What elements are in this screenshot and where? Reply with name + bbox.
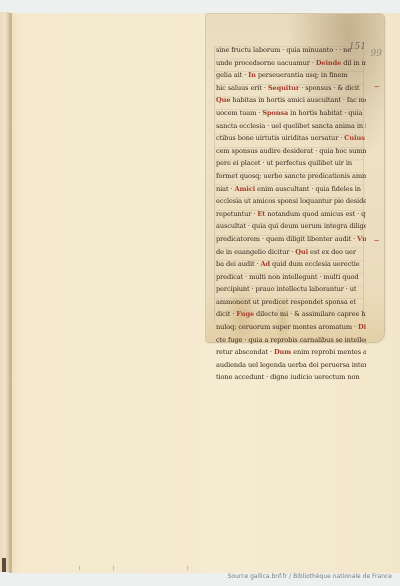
line-text: ammonent ut predicet respondet sponsa et <box>216 298 356 306</box>
manuscript-line: auscultat · quia qui deum uerum integra … <box>216 220 366 233</box>
line-text: formet quosq; uerbo sancte predicationis… <box>216 172 366 180</box>
rubric-initial: Amici <box>235 185 256 193</box>
manuscript-line: predicatorem · quem diligit libenter aud… <box>216 233 366 246</box>
line-text: pere ei placet · ut perfectus quilibet u… <box>216 159 352 167</box>
line-text: ecclesia ut amicos sponsi loquantur pie … <box>216 197 366 205</box>
manuscript-line: repetuntur · Et notandum quod amicus est… <box>216 208 366 221</box>
line-text: de in euangelio dicitur · <box>216 248 295 256</box>
line-text: niat · <box>216 185 235 193</box>
rubric-initial: Deinde <box>316 59 341 67</box>
manuscript-line: audienda uel legenda uerba dei peruersa … <box>216 359 366 372</box>
line-text: · sponsus · & dicit <box>299 84 359 92</box>
rubric-initial: In <box>248 71 256 79</box>
book-binding-edge <box>0 12 9 572</box>
manuscript-line: ba dei audit · Ad quid dum ecclesia uere… <box>216 258 366 271</box>
manuscript-line: niat · Amici enim auscultant · quia fide… <box>216 183 366 196</box>
manuscript-line: uocem tuam · Sponsa in hortis habitat · … <box>216 107 366 120</box>
line-text: cte fuge · quia a reprobis carnalibus se… <box>216 336 366 344</box>
margin-mark-icon: ~ <box>373 82 380 91</box>
line-text: predicatorem · quem diligit libenter aud… <box>216 235 357 243</box>
manuscript-line: ctibus bone uirtutis uiriditas uersatur … <box>216 132 366 145</box>
line-text: ctibus bone uirtutis uiriditas uersatur … <box>216 134 344 142</box>
rubric-initial: Cuius <box>344 134 365 142</box>
line-text: ba dei audit · <box>216 260 261 268</box>
line-text: in hortis habitat · quia <box>288 109 362 117</box>
manuscript-line: cte fuge · quia a reprobis carnalibus se… <box>216 334 366 347</box>
line-text: perseuerantia usq; in finem <box>256 71 348 79</box>
line-text: predicat · multi non intellegunt · multi… <box>216 273 359 281</box>
manuscript-line: dicit · Fuge dilecte mi · & assimilare c… <box>216 308 366 321</box>
line-text: habitas in hortis amici auscultant · fac… <box>230 96 366 104</box>
manuscript-line: unde procedsorne uacuamur · Deinde dil i… <box>216 57 366 70</box>
line-text: enim auscultant · quia fideles in <box>255 185 361 193</box>
page-bottom-marks <box>79 566 189 570</box>
manuscript-line: ammonent ut predicet respondet sponsa et <box>216 296 366 309</box>
line-text: notandum quod amicus est · qui <box>265 210 366 218</box>
source-caption: Source gallica.bnf.fr / Bibliothèque nat… <box>228 573 392 580</box>
line-text: est ex deo uer <box>308 248 356 256</box>
manuscript-line: hic saluus erit · Sequitur · sponsus · &… <box>216 82 366 95</box>
line-text: uocem tuam · <box>216 109 262 117</box>
manuscript-line: de in euangelio dicitur · Qui est ex deo… <box>216 246 366 259</box>
manuscript-line: pere ei placet · ut perfectus quilibet u… <box>216 157 366 170</box>
manuscript-line: tione accedunt · digne iudicio uerectum … <box>216 371 366 384</box>
line-text: gelia ait · <box>216 71 248 79</box>
folio-number-alt: 99 <box>371 49 382 59</box>
manuscript-line: sine fructu laborum · quia minuanto · · … <box>216 44 366 57</box>
margin-mark-icon: ~ <box>373 236 380 245</box>
rubric-initial: Fuge <box>236 310 254 318</box>
manuscript-leaf: 151 99 ~ ~ sine fructu laborum · quia mi… <box>206 14 384 342</box>
line-text: unde procedsorne uacuamur · <box>216 59 316 67</box>
line-text: retur abscondat · <box>216 348 274 356</box>
line-text: hic saluus erit · <box>216 84 268 92</box>
manuscript-line: cem sponsus audire desiderat · quia hoc … <box>216 145 366 158</box>
line-text: tione accedunt · digne iudicio uerectum … <box>216 373 360 381</box>
rubric-initial: Sequitur <box>268 84 299 92</box>
manuscript-text: sine fructu laborum · quia minuanto · · … <box>216 44 366 384</box>
line-text: audienda uel legenda uerba dei peruersa … <box>216 361 366 369</box>
rubric-initial: Sponsa <box>262 109 288 117</box>
rubric-initial: Que <box>216 96 230 104</box>
manuscript-line: formet quosq; uerbo sancte predicationis… <box>216 170 366 183</box>
rubric-initial: Dile <box>358 323 366 331</box>
line-text: quid dum ecclesia uerectie <box>270 260 359 268</box>
manuscript-line: nuloq; ceruorum super montes aromatum · … <box>216 321 366 334</box>
rubric-initial: Dum <box>274 348 291 356</box>
manuscript-line: sancta ecclesia · uel quelibet sancta an… <box>216 120 366 133</box>
manuscript-line: Que habitas in hortis amici auscultant ·… <box>216 94 366 107</box>
line-text: uo <box>365 134 366 142</box>
line-text: dilecte mi · & assimilare capree hi <box>254 310 366 318</box>
line-text: sine fructu laborum · quia minuanto · · … <box>216 46 351 54</box>
line-text: sancta ecclesia · uel quelibet sancta an… <box>216 122 366 130</box>
manuscript-line: predicat · multi non intellegunt · multi… <box>216 271 366 284</box>
line-text: dil in man <box>341 59 366 67</box>
line-text: cem sponsus audire desiderat · quia hoc … <box>216 147 366 155</box>
rubric-initial: Qui <box>295 248 308 256</box>
manuscript-line: retur abscondat · Dum enim reprobi mente… <box>216 346 366 359</box>
manuscript-line: percipiunt · prauo intellectu laborantur… <box>216 283 366 296</box>
manuscript-line: gelia ait · In perseuerantia usq; in fin… <box>216 69 366 82</box>
line-text: enim reprobi mentes ad <box>291 348 366 356</box>
rubric-initial: Vn <box>357 235 366 243</box>
rubric-initial: Ad <box>261 260 271 268</box>
line-text: dicit · <box>216 310 236 318</box>
line-text: percipiunt · prauo intellectu laborantur… <box>216 285 356 293</box>
line-text: nuloq; ceruorum super montes aromatum · <box>216 323 358 331</box>
line-text: auscultat · quia qui deum uerum integra … <box>216 222 366 230</box>
document-viewer: 151 99 ~ ~ sine fructu laborum · quia mi… <box>0 0 400 586</box>
line-text: repetuntur · <box>216 210 257 218</box>
manuscript-line: ecclesia ut amicos sponsi loquantur pie … <box>216 195 366 208</box>
